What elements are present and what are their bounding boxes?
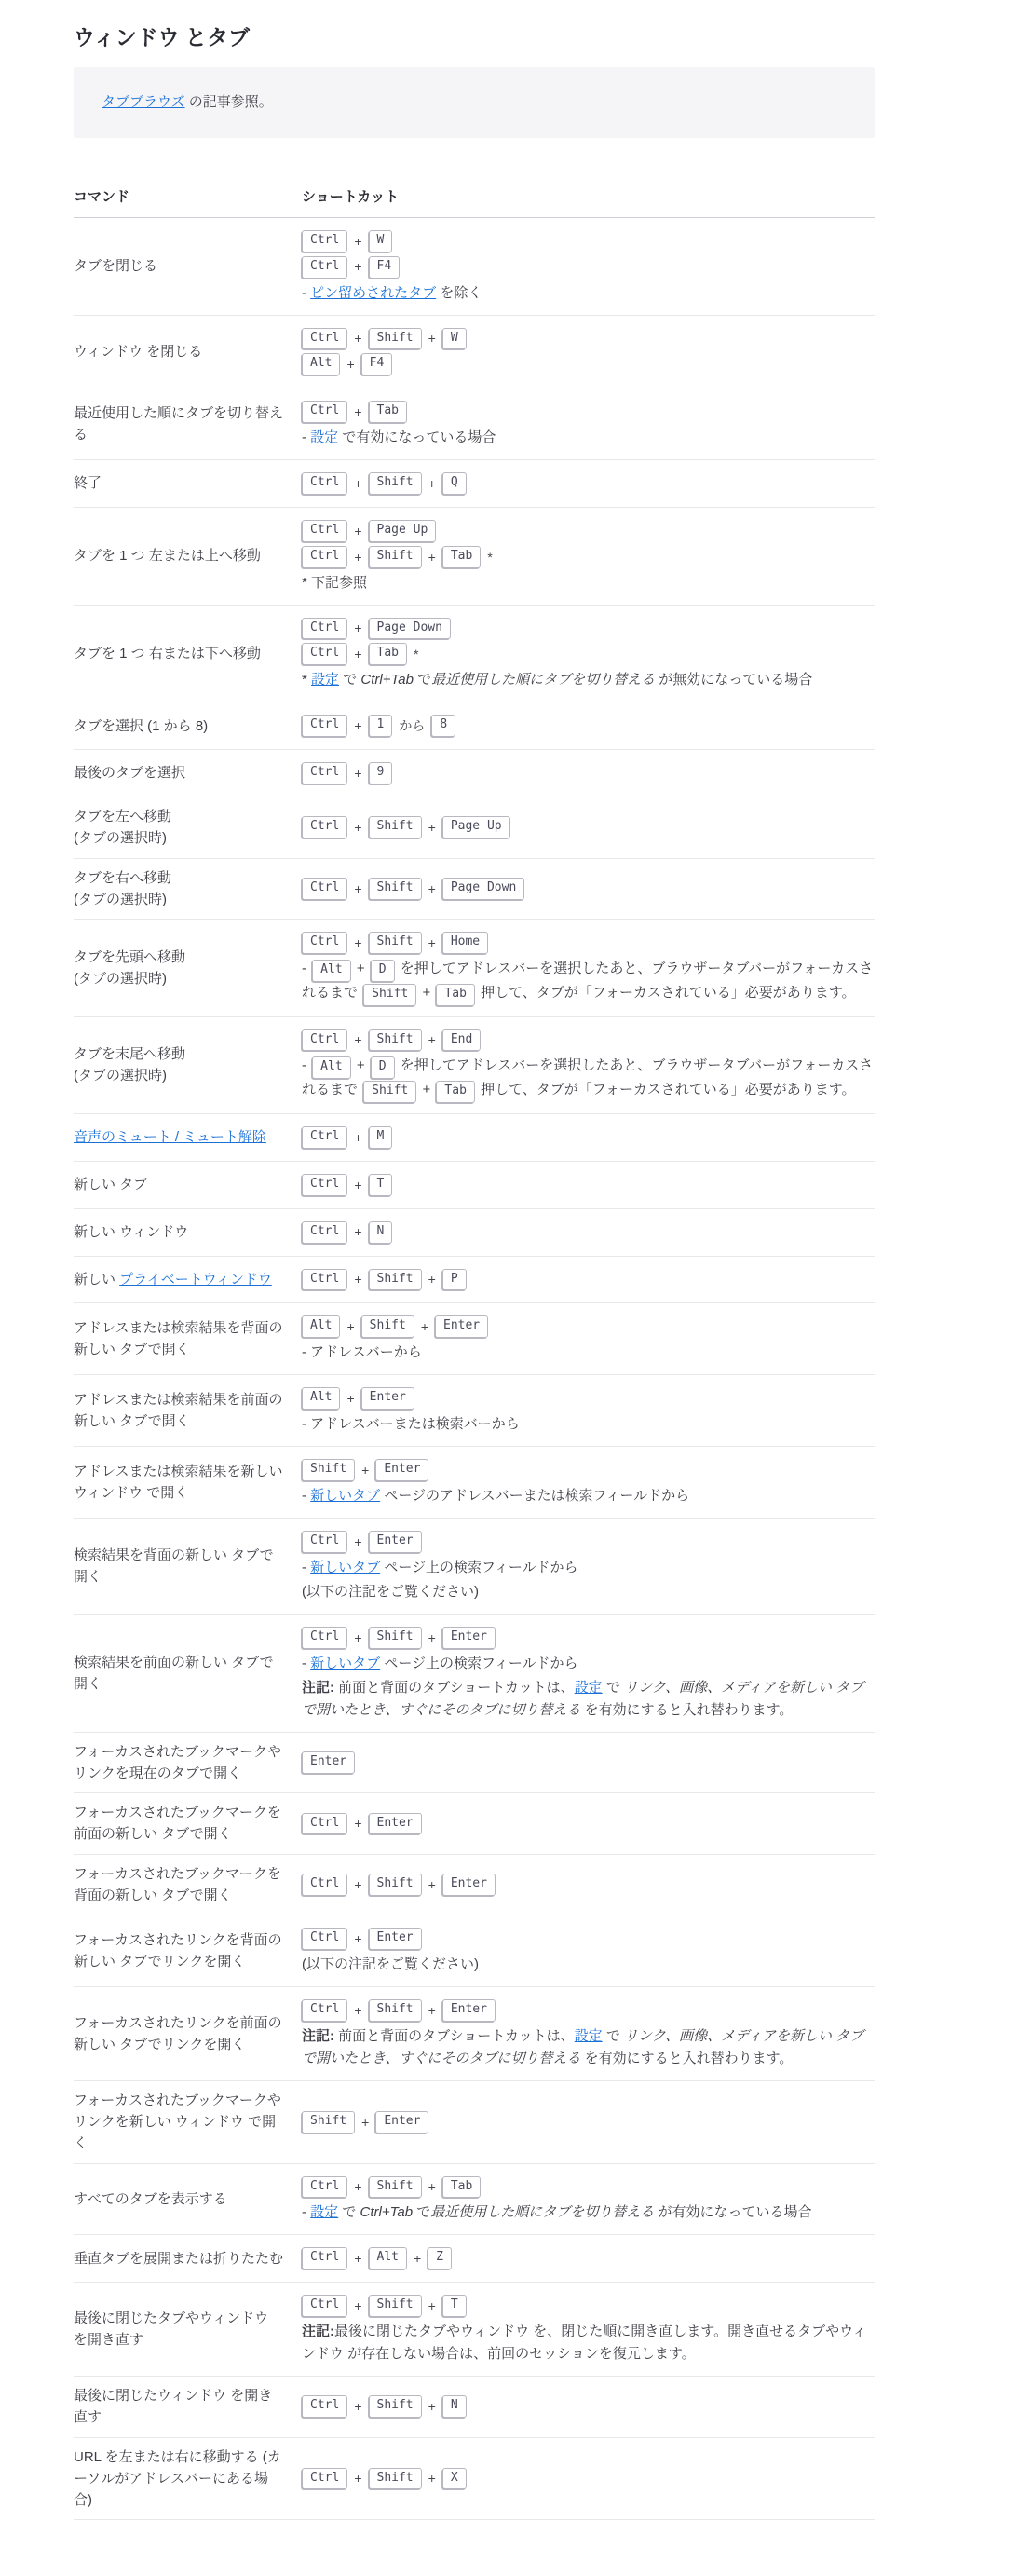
kbd-key: Ctrl — [302, 472, 347, 495]
kbd-key: Shift — [369, 2468, 422, 2490]
kbd-key: Shift — [302, 1459, 355, 1481]
kbd-key: 9 — [369, 762, 393, 784]
table-row: フォーカスされたリンクを背面の新しい タブでリンクを開くCtrl+Enter(以… — [74, 1915, 875, 1987]
kbd-key: N — [442, 2395, 467, 2418]
shortcut-cell: Ctrl+Page UpCtrl+Shift+Tab** 下記参照 — [302, 516, 875, 596]
text: タブを閉じる — [74, 258, 157, 274]
shortcut-note-line: * 設定 で Ctrl+Tab で最近使用した順にタブを切り替える が無効になっ… — [302, 669, 875, 691]
shortcut-keys-line: Ctrl+1から8 — [302, 715, 875, 737]
text: - — [302, 285, 310, 301]
kbd-key: Ctrl — [302, 618, 347, 640]
text: + — [354, 716, 361, 736]
text: - — [302, 1488, 310, 1504]
shortcut-column-header: ショートカット — [302, 186, 875, 206]
kbd-key: Ctrl — [302, 1029, 347, 1052]
command-cell: タブを選択 (1 から 8) — [74, 716, 302, 737]
text: フォーカスされたブックマークを前面の新しい タブで開く — [74, 1805, 281, 1842]
inline-link[interactable]: プライベートウィンドウ — [119, 1272, 272, 1288]
text: + — [346, 1388, 354, 1409]
kbd-key: Ctrl — [302, 1269, 347, 1291]
shortcut-note-line: 注記: 前面と背面のタブショートカットは、設定 で リンク、画像、メディアを新し… — [302, 1677, 875, 1722]
command-cell: タブを 1 つ 左または上へ移動 — [74, 545, 302, 566]
text: フォーカスされたブックマークを背面の新しい タブで開く — [74, 1866, 281, 1903]
shortcut-keys-line: Ctrl+F4 — [302, 256, 875, 279]
text: * — [414, 644, 418, 664]
shortcut-note-line: - ピン留めされたタブ を除く — [302, 282, 875, 305]
kbd-key: Alt — [302, 1315, 340, 1338]
kbd-key: T — [442, 2295, 467, 2317]
table-row: すべてのタブを表示するCtrl+Shift+Tab- 設定 で Ctrl+Tab… — [74, 2164, 875, 2236]
table-row: アドレスまたは検索結果を背面の新しい タブで開くAlt+Shift+Enter-… — [74, 1303, 875, 1375]
table-row: フォーカスされたブックマークを背面の新しい タブで開くCtrl+Shift+En… — [74, 1855, 875, 1916]
kbd-key: Enter — [375, 1459, 428, 1481]
shortcut-note-line: - 設定 で Ctrl+Tab で最近使用した順にタブを切り替える が有効になっ… — [302, 2201, 875, 2224]
shortcut-cell: Ctrl+Shift+End- Alt + D を押してアドレスバーを選択したあ… — [302, 1026, 875, 1106]
kbd-key: Shift — [369, 1029, 422, 1052]
text: 新しい — [74, 1272, 119, 1288]
text: + — [354, 473, 361, 494]
kbd-key: Ctrl — [302, 643, 347, 665]
text: 前面と背面のタブショートカットは、 — [334, 2028, 575, 2044]
kbd-key: Page Down — [369, 618, 451, 640]
kbd-key: Enter — [361, 1387, 414, 1410]
table-row: タブを 1 つ 右または下へ移動Ctrl+Page DownCtrl+Tab**… — [74, 606, 875, 703]
kbd-key: Shift — [369, 1627, 422, 1649]
command-cell: 検索結果を前面の新しい タブで開く — [74, 1652, 302, 1696]
shortcut-note-line: - Alt + D を押してアドレスバーを選択したあと、ブラウザータブバーがフォ… — [302, 958, 875, 1006]
text: 最後に閉じたタブやウィンドウ を、閉じた順に開き直します。開き直せるタブやウィン… — [302, 2324, 866, 2362]
shortcut-cell: Ctrl+Shift+Enter注記: 前面と背面のタブショートカットは、設定 … — [302, 1996, 875, 2072]
table-row: 最近使用した順にタブを切り替えるCtrl+Tab- 設定 で有効になっている場合 — [74, 388, 875, 460]
text: ページのアドレスバーまたは検索フィールドから — [380, 1488, 689, 1504]
shortcut-keys-line: Alt+F4 — [302, 353, 875, 375]
shortcut-keys-line: Ctrl+Shift+Enter — [302, 1874, 875, 1896]
table-row: フォーカスされたブックマークを前面の新しい タブで開くCtrl+Enter — [74, 1793, 875, 1855]
table-row: 新しい タブCtrl+T — [74, 1162, 875, 1209]
table-row: 新しい プライベートウィンドウCtrl+Shift+P — [74, 1257, 875, 1304]
text: + — [428, 547, 436, 567]
shortcut-keys-line: Ctrl+Shift+W — [302, 328, 875, 350]
kbd-key: Shift — [369, 1874, 422, 1896]
inline-link[interactable]: 設定 — [310, 2204, 338, 2220]
text: + — [428, 1029, 436, 1050]
text: 最後に閉じたタブやウィンドウ を開き直す — [74, 2310, 268, 2348]
emphasized-text: 最近使用した順にタブを切り替える — [430, 2204, 654, 2220]
command-cell: 最後のタブを選択 — [74, 762, 302, 784]
shortcut-keys-line: Alt+Shift+Enter — [302, 1315, 875, 1338]
kbd-key: Shift — [361, 1315, 414, 1338]
table-row: アドレスまたは検索結果を新しい ウィンドウ で開くShift+Enter- 新し… — [74, 1447, 875, 1519]
command-cell: URL を左または右に移動する (カーソルがアドレスバーにある場合) — [74, 2447, 302, 2512]
table-body: タブを閉じるCtrl+WCtrl+F4- ピン留めされたタブ を除くウィンドウ … — [74, 218, 875, 2521]
text: 垂直タブを展開または折りたたむ — [74, 2251, 283, 2267]
command-cell: ウィンドウ を閉じる — [74, 341, 302, 362]
text: + — [354, 402, 361, 422]
text: フォーカスされたリンクを背面の新しい タブでリンクを開く — [74, 1932, 282, 1969]
inline-link[interactable]: 設定 — [575, 2028, 603, 2044]
text: で — [414, 672, 431, 688]
table-row: 最後に閉じたウィンドウ を開き直すCtrl+Shift+N — [74, 2377, 875, 2438]
text: フォーカスされたリンクを前面の新しい タブでリンクを開く — [74, 2015, 282, 2052]
command-cell: 最後に閉じたタブやウィンドウ を開き直す — [74, 2308, 302, 2351]
text: の記事参照。 — [185, 94, 273, 110]
kbd-key: Ctrl — [302, 762, 347, 784]
text: - アドレスバーから — [302, 1344, 422, 1360]
kbd-key: Ctrl — [302, 520, 347, 542]
kbd-key: D — [371, 960, 395, 982]
inline-link[interactable]: 設定 — [575, 1680, 603, 1696]
shortcut-cell: Ctrl+Shift+Home- Alt + D を押してアドレスバーを選択した… — [302, 928, 875, 1008]
table-row: タブを選択 (1 から 8)Ctrl+1から8 — [74, 702, 875, 750]
table-row: 検索結果を前面の新しい タブで開くCtrl+Shift+Enter- 新しいタブ… — [74, 1615, 875, 1733]
text: + — [354, 1269, 361, 1289]
table-row: ウィンドウ を閉じるCtrl+Shift+WAlt+F4 — [74, 316, 875, 389]
text: を有効にすると入れ替わります。 — [580, 1702, 793, 1718]
command-cell: アドレスまたは検索結果を背面の新しい タブで開く — [74, 1317, 302, 1361]
note-label: 注記: — [302, 2324, 334, 2339]
shortcut-keys-line: Ctrl+Shift+Tab* — [302, 546, 875, 568]
shortcut-keys-line: Ctrl+Shift+Enter — [302, 1627, 875, 1649]
kbd-key: Page Up — [442, 816, 510, 838]
command-cell: アドレスまたは検索結果を前面の新しい タブで開く — [74, 1389, 302, 1433]
page-title: ウィンドウ とタブ — [74, 24, 875, 52]
shortcut-keys-line: Ctrl+Shift+Page Down — [302, 878, 875, 900]
table-row: 垂直タブを展開または折りたたむCtrl+Alt+Z — [74, 2235, 875, 2283]
text: + — [414, 2248, 421, 2269]
text: + — [354, 231, 361, 252]
kbd-key: Enter — [442, 1874, 496, 1896]
kbd-key: 1 — [369, 715, 393, 737]
text: + — [354, 2468, 361, 2488]
shortcut-cell: Alt+Shift+Enter- アドレスバーから — [302, 1312, 875, 1366]
kbd-key: Shift — [369, 932, 422, 954]
text: (タブの選択時) — [74, 830, 167, 846]
text: で有効になっている場合 — [338, 429, 496, 445]
shortcut-keys-line: Ctrl+M — [302, 1126, 875, 1149]
kbd-key: Ctrl — [302, 1531, 347, 1553]
command-cell: タブを 1 つ 右または下へ移動 — [74, 643, 302, 664]
text: 最後のタブを選択 — [74, 765, 185, 781]
shortcut-cell: Ctrl+Shift+WAlt+F4 — [302, 324, 875, 380]
inline-link[interactable]: 新しいタブ — [310, 1488, 380, 1504]
note-label: 注記: — [302, 1680, 334, 1696]
inline-link[interactable]: 新しいタブ — [310, 1656, 380, 1671]
shortcut-keys-line: Ctrl+Shift+Tab — [302, 2176, 875, 2199]
kbd-key: Ctrl — [302, 1874, 347, 1896]
command-cell: タブを左へ移動(タブの選択時) — [74, 806, 302, 850]
kbd-key: Tab — [369, 643, 407, 665]
text: + — [428, 1874, 436, 1895]
text: フォーカスされたブックマークやリンクを現在のタブで開く — [74, 1744, 281, 1781]
table-row: タブを末尾へ移動(タブの選択時)Ctrl+Shift+End- Alt + D … — [74, 1017, 875, 1115]
inline-link[interactable]: 設定 — [310, 429, 338, 445]
shortcut-cell: Ctrl+Enter- 新しいタブ ページ上の検索フィールドから(以下の注記をご… — [302, 1527, 875, 1605]
kbd-key: Ctrl — [302, 2395, 347, 2418]
text: + — [354, 521, 361, 541]
text: 終了 — [74, 475, 102, 491]
shortcut-keys-line: Ctrl+W — [302, 230, 875, 252]
kbd-key: Ctrl — [302, 546, 347, 568]
text: (タブの選択時) — [74, 971, 167, 987]
shortcut-note-line: - アドレスバーから — [302, 1342, 875, 1364]
shortcut-keys-line: Ctrl+Enter — [302, 1813, 875, 1835]
text: から — [399, 716, 425, 736]
table-row: タブを 1 つ 左または上へ移動Ctrl+Page UpCtrl+Shift+T… — [74, 508, 875, 606]
command-cell: タブを右へ移動(タブの選択時) — [74, 867, 302, 911]
command-column-header: コマンド — [74, 186, 302, 206]
shortcut-note-line: - アドレスバーまたは検索バーから — [302, 1413, 875, 1436]
emphasized-text: Ctrl+Tab — [360, 2204, 414, 2220]
shortcut-keys-line: Ctrl+Enter — [302, 1928, 875, 1950]
shortcut-cell: Ctrl+Enter(以下の注記をご覧ください) — [302, 1924, 875, 1978]
kbd-key: Ctrl — [302, 932, 347, 954]
kbd-key: N — [369, 1221, 393, 1244]
kbd-key: Ctrl — [302, 328, 347, 350]
text: 最後に閉じたウィンドウ を開き直す — [74, 2388, 272, 2425]
shortcut-cell: Ctrl+1から8 — [302, 711, 875, 741]
kbd-key: Shift — [369, 328, 422, 350]
text: + — [428, 1269, 436, 1289]
kbd-key: End — [442, 1029, 481, 1052]
kbd-key: Enter — [369, 1813, 422, 1835]
kbd-key: Shift — [369, 2295, 422, 2317]
kbd-key: Ctrl — [302, 1174, 347, 1196]
command-cell: 新しい タブ — [74, 1174, 302, 1195]
shortcut-cell: Ctrl+Shift+Page Up — [302, 812, 875, 842]
command-cell: タブを閉じる — [74, 255, 302, 277]
text: (以下の注記をご覧ください) — [302, 1584, 479, 1600]
text: + — [354, 256, 361, 277]
text: + — [354, 1628, 361, 1648]
kbd-key: F4 — [369, 256, 401, 279]
inline-link[interactable]: 音声のミュート / ミュート解除 — [74, 1129, 266, 1145]
text: が無効になっている場合 — [655, 672, 812, 688]
text: 検索結果を背面の新しい タブで開く — [74, 1547, 274, 1585]
intro-text: タブブラウズ の記事参照。 — [102, 94, 273, 110]
table-row: フォーカスされたリンクを前面の新しい タブでリンクを開くCtrl+Shift+E… — [74, 1987, 875, 2081]
kbd-key: Enter — [435, 1315, 488, 1338]
shortcut-cell: Ctrl+Alt+Z — [302, 2243, 875, 2273]
kbd-key: Shift — [363, 1081, 416, 1103]
text: + — [428, 879, 436, 899]
text: + — [354, 1929, 361, 1949]
text: + — [418, 985, 434, 1001]
text: を除く — [436, 285, 482, 301]
text: + — [428, 817, 436, 838]
text: + — [354, 547, 361, 567]
text: + — [354, 817, 361, 838]
command-cell: アドレスまたは検索結果を新しい ウィンドウ で開く — [74, 1461, 302, 1505]
shortcut-note-line: 注記: 前面と背面のタブショートカットは、設定 で リンク、画像、メディアを新し… — [302, 2025, 875, 2070]
table-row: タブを左へ移動(タブの選択時)Ctrl+Shift+Page Up — [74, 797, 875, 859]
table-row: タブを閉じるCtrl+WCtrl+F4- ピン留めされたタブ を除く — [74, 218, 875, 316]
shortcut-cell: Ctrl+Shift+Enter- 新しいタブ ページ上の検索フィールドから注記… — [302, 1623, 875, 1724]
text: + — [354, 328, 361, 348]
kbd-key: Shift — [369, 2395, 422, 2418]
shortcut-keys-line: Ctrl+Shift+Enter — [302, 1999, 875, 2022]
table-row: タブを先頭へ移動(タブの選択時)Ctrl+Shift+Home- Alt + D… — [74, 920, 875, 1017]
command-cell: フォーカスされたブックマークやリンクを現在のタブで開く — [74, 1741, 302, 1785]
text: で — [338, 2204, 360, 2220]
kbd-key: Alt — [302, 1387, 340, 1410]
text: + — [361, 1460, 369, 1480]
shortcut-keys-line: Ctrl+9 — [302, 762, 875, 784]
table-row: URL を左または右に移動する (カーソルがアドレスバーにある場合)Ctrl+S… — [74, 2438, 875, 2521]
text: - — [302, 1656, 310, 1671]
shortcut-keys-line: Ctrl+Shift+N — [302, 2395, 875, 2418]
text: (タブの選択時) — [74, 892, 167, 907]
kbd-key: M — [369, 1126, 393, 1149]
kbd-key: Enter — [302, 1751, 355, 1774]
kbd-key: Page Down — [442, 878, 524, 900]
kbd-key: Shift — [363, 984, 416, 1006]
kbd-key: Shift — [369, 1269, 422, 1291]
command-cell: フォーカスされたリンクを前面の新しい タブでリンクを開く — [74, 2012, 302, 2056]
text: + — [354, 618, 361, 638]
shortcut-keys-line: Ctrl+Page Down — [302, 618, 875, 640]
text: + — [354, 1029, 361, 1050]
text: - — [302, 961, 310, 976]
text: ウィンドウ を閉じる — [74, 344, 202, 360]
text: + — [428, 1628, 436, 1648]
kbd-key: Page Up — [369, 520, 437, 542]
text: * — [487, 547, 492, 567]
text: + — [428, 933, 436, 953]
inline-link[interactable]: タブブラウズ — [102, 94, 185, 110]
inline-link[interactable]: 新しいタブ — [310, 1560, 380, 1575]
text: + — [346, 1316, 354, 1337]
text: + — [354, 1221, 361, 1242]
kbd-key: Ctrl — [302, 2468, 347, 2490]
text: - — [302, 429, 310, 445]
shortcut-cell: Alt+Enter- アドレスバーまたは検索バーから — [302, 1383, 875, 1438]
note-label: 注記: — [302, 2028, 334, 2044]
kbd-key: Ctrl — [302, 1813, 347, 1835]
kbd-key: Shift — [369, 816, 422, 838]
text: アドレスまたは検索結果を前面の新しい タブで開く — [74, 1392, 283, 1429]
table-row: 検索結果を背面の新しい タブで開くCtrl+Enter- 新しいタブ ページ上の… — [74, 1519, 875, 1615]
text: 新しい タブ — [74, 1177, 147, 1193]
kbd-key: Enter — [369, 1928, 422, 1950]
text: タブを左へ移動 — [74, 809, 171, 825]
shortcut-cell: Ctrl+Enter — [302, 1809, 875, 1839]
kbd-key: Enter — [442, 1627, 496, 1649]
kbd-key: Tab — [442, 2176, 481, 2199]
shortcut-cell: Ctrl+Shift+Enter — [302, 1870, 875, 1900]
command-cell: 新しい プライベートウィンドウ — [74, 1269, 302, 1290]
kbd-key: Q — [442, 472, 467, 495]
kbd-key: Ctrl — [302, 256, 347, 279]
shortcut-note-line: - 新しいタブ ページ上の検索フィールドから — [302, 1557, 875, 1579]
kbd-key: F4 — [361, 353, 393, 375]
text: + — [428, 473, 436, 494]
inline-link[interactable]: 設定 — [311, 672, 339, 688]
kbd-key: Enter — [375, 2111, 428, 2133]
table-row: 音声のミュート / ミュート解除Ctrl+M — [74, 1114, 875, 1162]
text: + — [353, 1057, 369, 1073]
shortcut-keys-line: Ctrl+Shift+T — [302, 2295, 875, 2317]
text: + — [354, 2396, 361, 2417]
kbd-key: Ctrl — [302, 2295, 347, 2317]
text: - アドレスバーまたは検索バーから — [302, 1416, 520, 1432]
text: + — [428, 2296, 436, 2316]
kbd-key: Alt — [312, 1056, 350, 1079]
page: ウィンドウ とタブ タブブラウズ の記事参照。 コマンド ショートカット タブを… — [0, 0, 875, 2576]
text: アドレスまたは検索結果を新しい ウィンドウ で開く — [74, 1464, 283, 1501]
shortcut-cell: Ctrl+WCtrl+F4- ピン留めされたタブ を除く — [302, 226, 875, 307]
text: で — [339, 672, 360, 688]
shortcut-note-line: (以下の注記をご覧ください) — [302, 1581, 875, 1603]
text: タブを先頭へ移動 — [74, 949, 185, 965]
text: で — [603, 1680, 624, 1696]
text: + — [354, 1532, 361, 1552]
text: + — [428, 2176, 436, 2197]
shortcut-keys-line: Shift+Enter — [302, 1459, 875, 1481]
shortcut-cell: Enter — [302, 1748, 875, 1778]
text: が有効になっている場合 — [654, 2204, 811, 2220]
text: + — [354, 2000, 361, 2021]
command-cell: 垂直タブを展開または折りたたむ — [74, 2248, 302, 2269]
text: + — [354, 2248, 361, 2269]
text: * — [302, 672, 311, 688]
table-row: 終了Ctrl+Shift+Q — [74, 460, 875, 508]
kbd-key: Alt — [302, 353, 340, 375]
emphasized-text: Ctrl+Tab — [360, 672, 414, 688]
text: + — [354, 2176, 361, 2197]
shortcut-note-line: - 新しいタブ ページのアドレスバーまたは検索フィールドから — [302, 1485, 875, 1507]
text: + — [361, 2112, 369, 2133]
shortcut-keys-line: Ctrl+Shift+X — [302, 2468, 875, 2490]
shortcut-keys-line: Ctrl+Shift+P — [302, 1269, 875, 1291]
shortcut-cell: Ctrl+Page DownCtrl+Tab** 設定 で Ctrl+Tab で… — [302, 614, 875, 694]
text: で — [603, 2028, 624, 2044]
shortcut-cell: Ctrl+Shift+T注記:最後に閉じたタブやウィンドウ を、閉じた順に開き直… — [302, 2291, 875, 2367]
table-row: 新しい ウィンドウCtrl+N — [74, 1209, 875, 1257]
text: + — [428, 2396, 436, 2417]
shortcut-cell: Ctrl+Tab- 設定 で有効になっている場合 — [302, 397, 875, 451]
kbd-key: Alt — [369, 2247, 407, 2269]
text: URL を左または右に移動する (カーソルがアドレスバーにある場合) — [74, 2449, 281, 2509]
table-row: フォーカスされたブックマークやリンクを現在のタブで開くEnter — [74, 1733, 875, 1794]
shortcut-keys-line: Alt+Enter — [302, 1387, 875, 1410]
text: + — [354, 879, 361, 899]
shortcut-cell: Ctrl+Shift+P — [302, 1265, 875, 1295]
kbd-key: Enter — [442, 1999, 496, 2022]
emphasized-text: 最近使用した順にタブを切り替える — [431, 672, 655, 688]
kbd-key: Ctrl — [302, 2247, 347, 2269]
kbd-key: Ctrl — [302, 1221, 347, 1244]
text: タブを 1 つ 右または下へ移動 — [74, 646, 261, 661]
kbd-key: Ctrl — [302, 816, 347, 838]
inline-link[interactable]: ピン留めされたタブ — [310, 285, 436, 301]
shortcut-note-line: - 設定 で有効になっている場合 — [302, 427, 875, 449]
text: + — [354, 1813, 361, 1833]
text: タブを選択 (1 から 8) — [74, 718, 208, 734]
kbd-key: Z — [428, 2247, 452, 2269]
command-cell: 最近使用した順にタブを切り替える — [74, 402, 302, 446]
kbd-key: Ctrl — [302, 2176, 347, 2199]
command-cell: タブを先頭へ移動(タブの選択時) — [74, 947, 302, 990]
text: + — [354, 1127, 361, 1148]
shortcut-note-line: - Alt + D を押してアドレスバーを選択したあと、ブラウザータブバーがフォ… — [302, 1055, 875, 1103]
shortcut-cell: Ctrl+Shift+Page Down — [302, 874, 875, 904]
shortcut-note-line: (以下の注記をご覧ください) — [302, 1954, 875, 1976]
text: + — [354, 1874, 361, 1895]
text: - — [302, 1057, 310, 1073]
text: + — [421, 1316, 428, 1337]
text: - — [302, 1560, 310, 1575]
text: ページ上の検索フィールドから — [380, 1560, 577, 1575]
